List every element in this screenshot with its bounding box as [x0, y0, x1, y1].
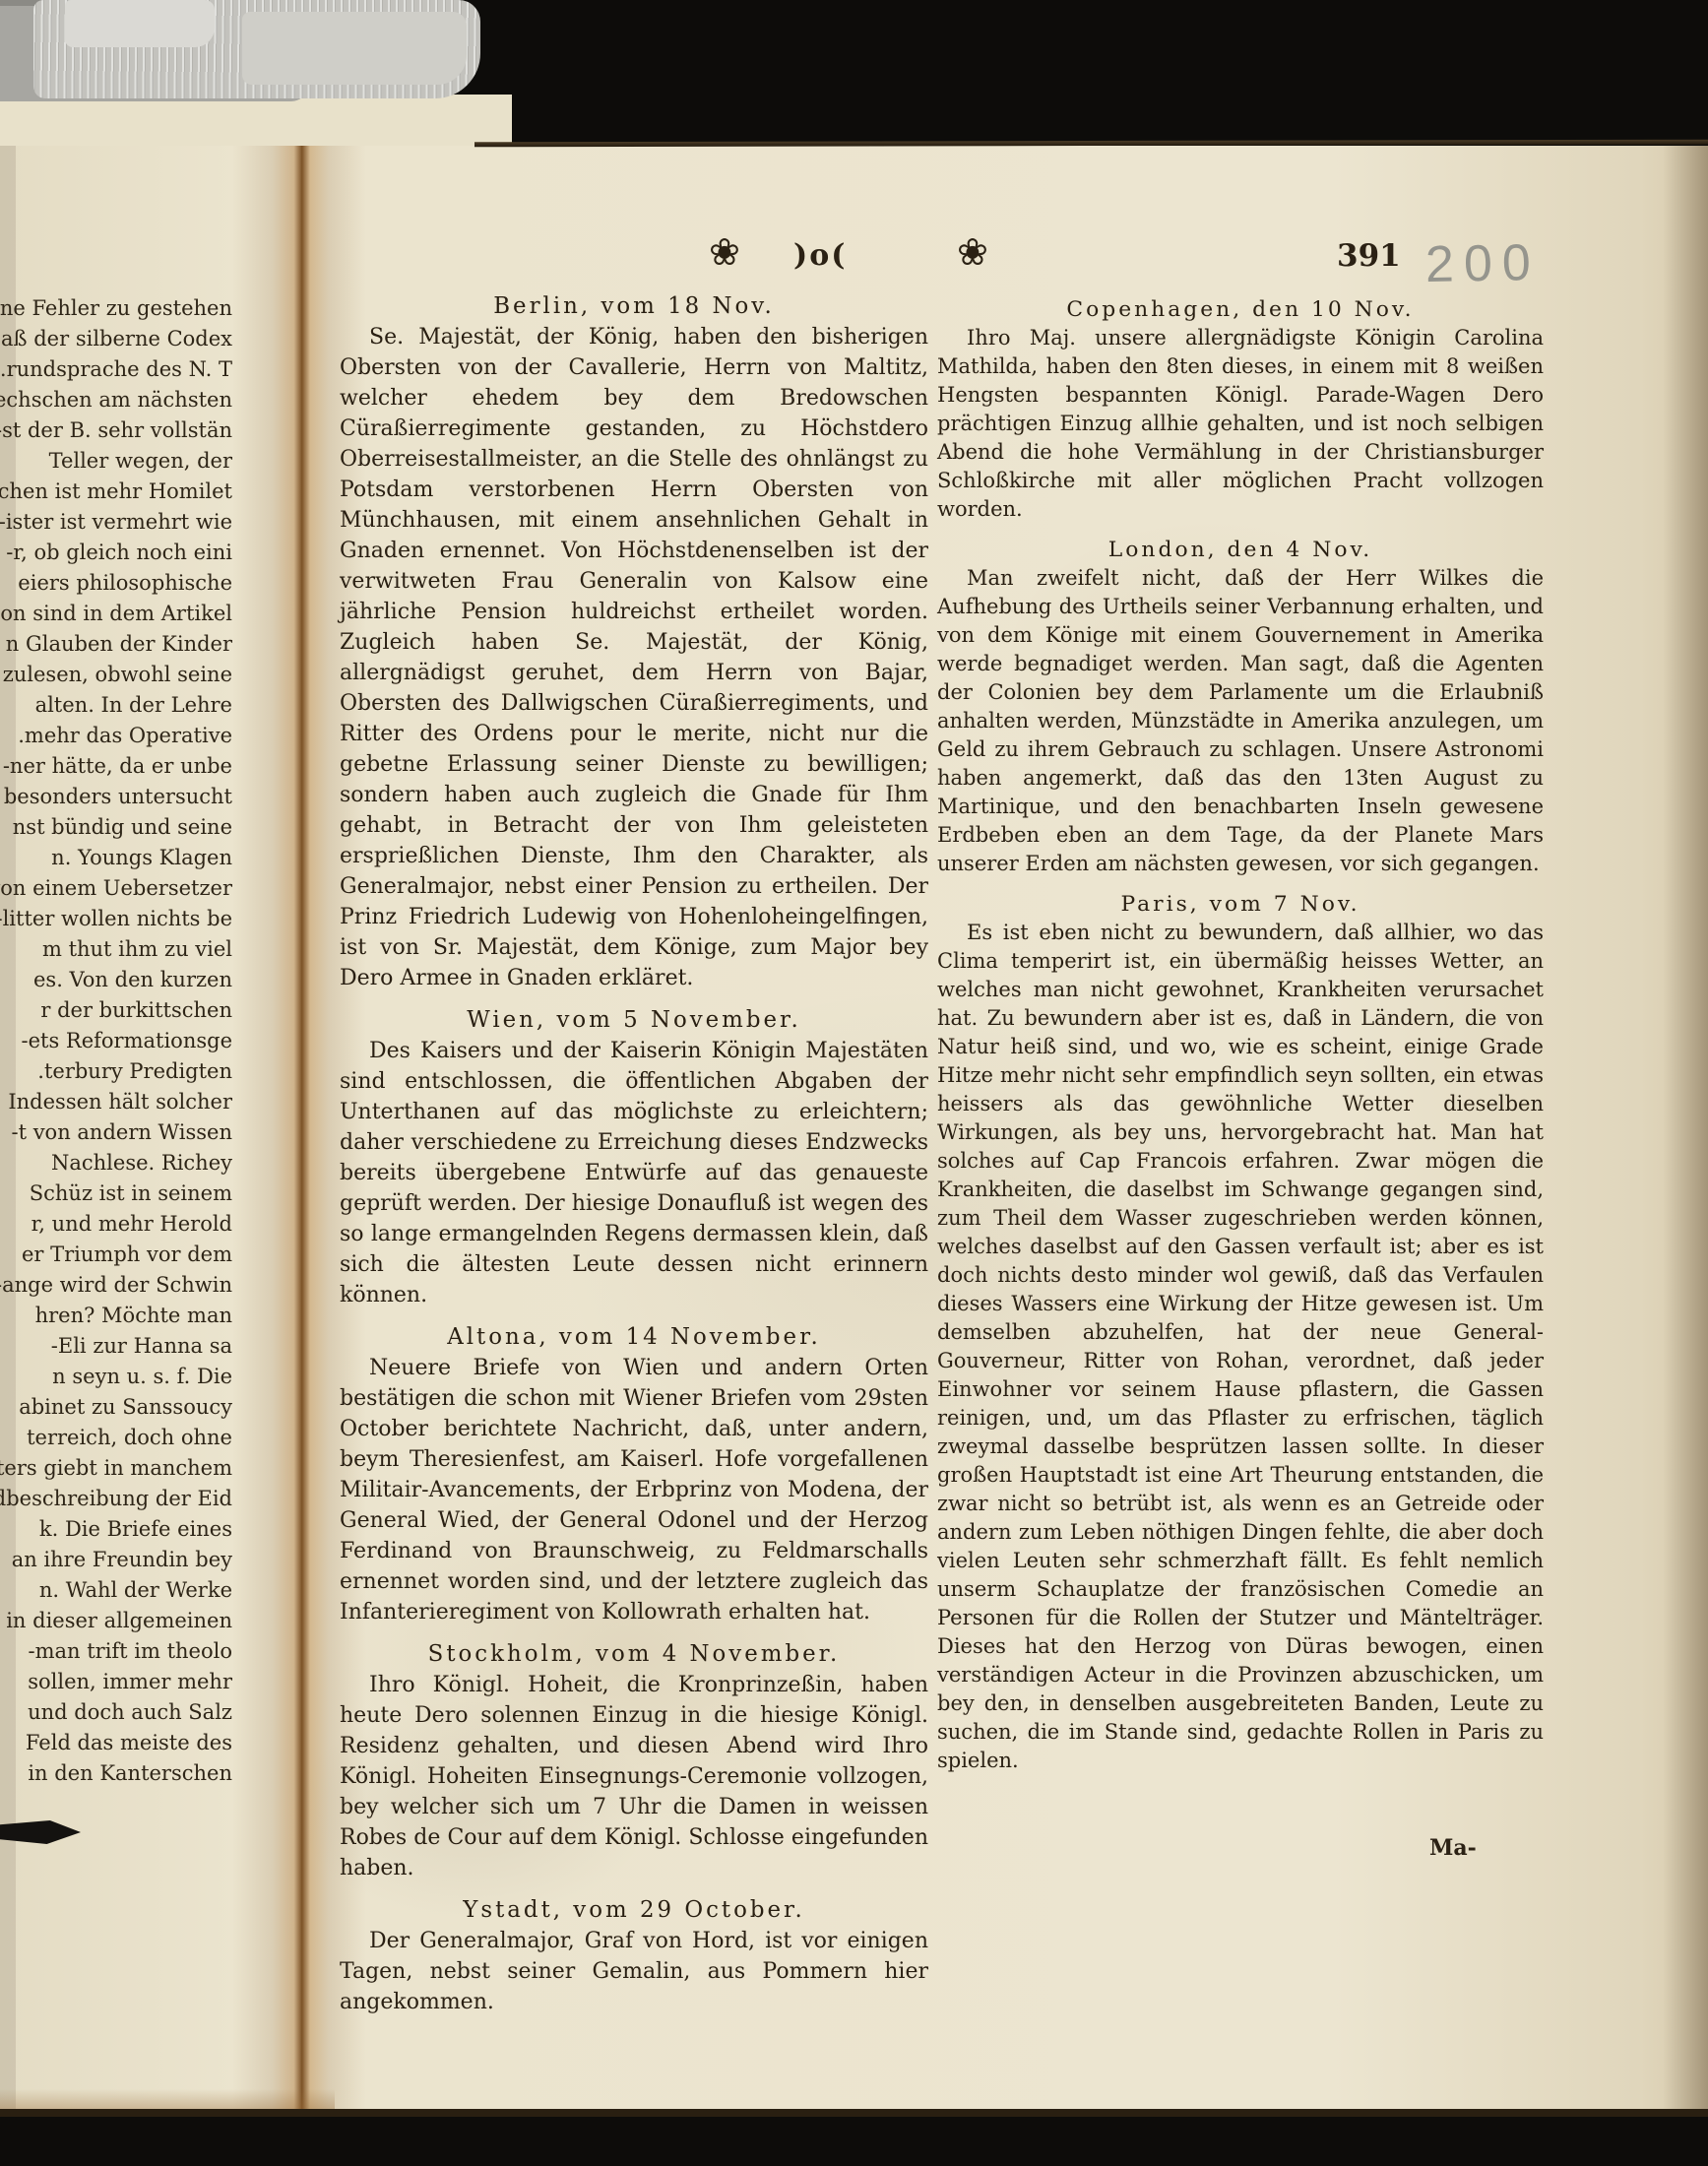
facing-page-line: Feld das meiste des: [0, 1728, 232, 1758]
facing-page-line: ine Fehler zu gestehen,: [0, 293, 232, 324]
section-body: Neuere Briefe von Wien und andern Orten …: [340, 1353, 928, 1627]
section-heading: Berlin, vom 18 Nov.: [340, 291, 928, 322]
facing-page-line: riechschen am nächsten.: [0, 385, 232, 415]
section-heading: Stockholm, vom 4 November.: [340, 1639, 928, 1670]
facing-page-line: eiers philosophische: [0, 568, 232, 599]
facing-page-line: m thut ihm zu viel: [0, 934, 232, 965]
page-number: 391: [1337, 238, 1401, 274]
section-heading: Altona, vom 14 November.: [340, 1322, 928, 1353]
facing-page-line: r der burkittschen: [0, 995, 232, 1026]
facing-page-line: terreich, doch ohne: [0, 1423, 232, 1453]
facing-page-line: ters giebt in manchem: [0, 1453, 232, 1484]
facing-page-line: t von andern Wissen-: [0, 1117, 232, 1148]
section-body: Se. Majestät, der König, haben den bishe…: [340, 322, 928, 993]
section-body: Ihro Maj. unsere allergnädigste Königin …: [937, 324, 1544, 524]
facing-page-line: r, und mehr Herold: [0, 1209, 232, 1240]
section-heading: Ystadt, vom 29 October.: [340, 1895, 928, 1926]
section-body: Des Kaisers und der Kaiserin Königin Maj…: [340, 1036, 928, 1310]
facing-page-line: in den Kanterschen: [0, 1758, 232, 1789]
facing-page-line: nst bündig und seine: [0, 812, 232, 843]
facing-page-line: ner hätte, da er unbe-: [0, 751, 232, 782]
facing-page-line: Eli zur Hanna sa-: [0, 1331, 232, 1362]
facing-page-line: sollen, immer mehr: [0, 1667, 232, 1697]
page-edge-layer: [65, 0, 215, 47]
facing-page-line: n. Wahl der Werke: [0, 1575, 232, 1606]
header-ornament: )o(: [793, 238, 847, 273]
facing-page-text-strip: ine Fehler zu gestehen,aß der silberne C…: [0, 293, 232, 1789]
fleuron-icon: ❀: [709, 230, 740, 274]
facing-page-line: Schüz ist in seinem: [0, 1179, 232, 1209]
facing-page-line: dbeschreibung der Eid-: [0, 1484, 232, 1514]
facing-page-line: ange wird der Schwin-: [0, 1270, 232, 1301]
section-body: Der Generalmajor, Graf von Hord, ist vor…: [340, 1926, 928, 2017]
facing-page-line: in dieser allgemeinen: [0, 1606, 232, 1636]
facing-page-line: man trift im theolo-: [0, 1636, 232, 1667]
facing-page-line: Nachlese. Richey: [0, 1148, 232, 1179]
facing-page-line: n seyn u. s. f. Die: [0, 1362, 232, 1392]
facing-page-line: terbury Predigten.: [0, 1056, 232, 1087]
facing-page-line: r, ob gleich noch eini-: [0, 538, 232, 568]
section-heading: Copenhagen, den 10 Nov.: [937, 295, 1544, 324]
section-body: Ihro Königl. Hoheit, die Kronprinzeßin, …: [340, 1670, 928, 1883]
left-text-column: Berlin, vom 18 Nov.Se. Majestät, der Kön…: [340, 291, 928, 2017]
facing-page-line: Teller wegen, der: [0, 446, 232, 477]
book-scan: ine Fehler zu gestehen,aß der silberne C…: [0, 0, 1708, 2166]
facing-page-line: ets Reformationsge-: [0, 1026, 232, 1056]
section-heading: Wien, vom 5 November.: [340, 1005, 928, 1036]
facing-page-line: hren? Möchte man: [0, 1301, 232, 1331]
facing-page-line: aß der silberne Codex: [0, 324, 232, 354]
facing-page-line: rundsprache des N. T.: [0, 354, 232, 385]
facing-page-line: ister ist vermehrt wie-: [0, 507, 232, 538]
facing-page-line: von einem Uebersetzer: [0, 873, 232, 904]
section-body: Man zweifelt nicht, daß der Herr Wilkes …: [937, 564, 1544, 878]
facing-page-line: er Triumph vor dem: [0, 1240, 232, 1270]
facing-page-line: on sind in dem Artikel: [0, 599, 232, 629]
fleuron-icon: ❀: [957, 230, 988, 274]
facing-page-line: litter wollen nichts be-: [0, 904, 232, 934]
facing-page-line: n Glauben der Kinder: [0, 629, 232, 660]
facing-page-line: st der B. sehr vollstän-: [0, 415, 232, 446]
facing-page-line: alten. In der Lehre: [0, 690, 232, 721]
library-stamp: 200: [1424, 233, 1541, 294]
facing-page-line: und doch auch Salz: [0, 1697, 232, 1728]
facing-page-line: es. Von den kurzen: [0, 965, 232, 995]
facing-page-line: an ihre Freundin bey: [0, 1545, 232, 1575]
section-heading: London, den 4 Nov.: [937, 536, 1544, 564]
section-heading: Paris, vom 7 Nov.: [937, 890, 1544, 919]
facing-page-line: chen ist mehr Homilet: [0, 477, 232, 507]
section-body: Es ist eben nicht zu bewundern, daß allh…: [937, 919, 1544, 1775]
catchword: Ma-: [1429, 1835, 1477, 1861]
facing-page-line: abinet zu Sanssoucy: [0, 1392, 232, 1423]
page-bottom-edge-line: [0, 2109, 1708, 2117]
facing-page-line: besonders untersucht: [0, 782, 232, 812]
scanned-page: ine Fehler zu gestehen,aß der silberne C…: [0, 146, 1708, 2115]
facing-page-line: zulesen, obwohl seine: [0, 660, 232, 690]
right-edge-shadow: [1663, 146, 1708, 2115]
page-edge-layer: [242, 12, 467, 85]
facing-page-line: k. Die Briefe eines: [0, 1514, 232, 1545]
facing-page-line: n. Youngs Klagen: [0, 843, 232, 873]
right-text-column: Copenhagen, den 10 Nov.Ihro Maj. unsere …: [937, 295, 1544, 1775]
facing-page-line: mehr das Operative.: [0, 721, 232, 751]
book-page-edges: [0, 0, 497, 110]
facing-page-line: Indessen hält solcher: [0, 1087, 232, 1117]
